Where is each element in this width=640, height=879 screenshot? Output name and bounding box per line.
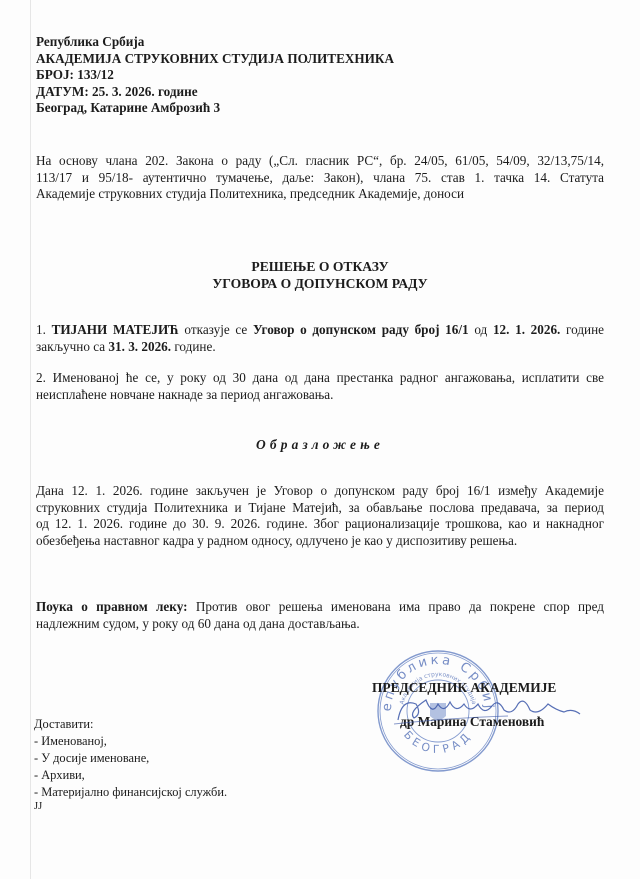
handwritten-signature — [388, 692, 588, 728]
item1-prefix: 1. — [36, 322, 52, 337]
termination-date: 31. 3. 2026. — [108, 339, 171, 354]
distribution-item: - Архиви, — [34, 767, 227, 784]
item1-line-2: закључно са 31. 3. 2026. године. — [36, 339, 604, 356]
document-page: Република Србија АКАДЕМИЈА СТРУКОВНИХ СТ… — [0, 0, 640, 879]
item1-text1: отказује се — [179, 322, 253, 337]
explanation-text: Дана 12. 1. 2026. године закључен је Уго… — [36, 483, 604, 549]
legal-remedy-line-2: надлежним судом, у року од 60 дана од да… — [36, 616, 604, 633]
explanation-line: струковних студија Политехника и Тијане … — [36, 500, 604, 517]
legal-remedy: Поука о правном леку: Против овог решења… — [36, 599, 604, 632]
explanation-line: Дана 12. 1. 2026. године закључен је Уго… — [36, 483, 604, 500]
document-header: Република Србија АКАДЕМИЈА СТРУКОВНИХ СТ… — [36, 34, 394, 117]
title-line-1: РЕШЕЊЕ О ОТКАЗУ — [0, 258, 640, 275]
preamble-line: 113/17 и 95/18- аутентично тумачење, даљ… — [36, 170, 604, 187]
contract-reference: Уговор о допунском раду број 16/1 — [253, 322, 469, 337]
contract-date: 12. 1. 2026. — [493, 322, 560, 337]
preamble-line: На основу члана 202. Закона о раду („Сл.… — [36, 153, 604, 170]
header-number: БРОЈ: 133/12 — [36, 67, 394, 84]
header-address: Београд, Катарине Амброзић 3 — [36, 100, 394, 117]
decision-item-2: 2. Именованој ће се, у року од 30 дана о… — [36, 370, 604, 403]
preamble-line: Академије струковних студија Политехника… — [36, 186, 604, 203]
explanation-line: од 12. 1. 2026. године до 30. 9. 2026. г… — [36, 516, 604, 533]
item2-line: 2. Именованој ће се, у року од 30 дана о… — [36, 370, 604, 387]
decision-item-1: 1. ТИЈАНИ МАТЕЈИЋ отказује се Уговор о д… — [36, 322, 604, 355]
item1-line-1: 1. ТИЈАНИ МАТЕЈИЋ отказује се Уговор о д… — [36, 322, 604, 339]
distribution-list: Доставити: - Именованој, - У досије имен… — [34, 716, 227, 813]
author-initials: JJ — [34, 801, 227, 813]
item1-text3: године — [560, 322, 604, 337]
item2-line: неисплаћене новчане накнаде за период ан… — [36, 387, 604, 404]
distribution-item: - У досије именоване, — [34, 750, 227, 767]
title-line-2: УГОВОРА О ДОПУНСКОМ РАДУ — [0, 275, 640, 292]
distribution-item: - Именованој, — [34, 733, 227, 750]
distribution-item: - Материјално финансијској служби. — [34, 784, 227, 801]
header-institution: АКАДЕМИЈА СТРУКОВНИХ СТУДИЈА ПОЛИТЕХНИКА — [36, 51, 394, 68]
legal-remedy-text: Против овог решења именована има право д… — [188, 599, 605, 614]
preamble: На основу члана 202. Закона о раду („Сл.… — [36, 153, 604, 203]
legal-remedy-line-1: Поука о правном леку: Против овог решења… — [36, 599, 604, 616]
explanation-heading: Образложење — [0, 437, 640, 453]
document-title: РЕШЕЊЕ О ОТКАЗУ УГОВОРА О ДОПУНСКОМ РАДУ — [0, 258, 640, 292]
header-country: Република Србија — [36, 34, 394, 51]
legal-remedy-label: Поука о правном леку: — [36, 599, 188, 614]
explanation-line: обезбеђења наставног кадра у радном одно… — [36, 533, 604, 550]
item1-line2-suffix: године. — [171, 339, 216, 354]
distribution-label: Доставити: — [34, 716, 227, 733]
employee-name: ТИЈАНИ МАТЕЈИЋ — [52, 322, 179, 337]
header-date: ДАТУМ: 25. 3. 2026. године — [36, 84, 394, 101]
item1-line2-prefix: закључно са — [36, 339, 108, 354]
item1-text2: од — [469, 322, 493, 337]
